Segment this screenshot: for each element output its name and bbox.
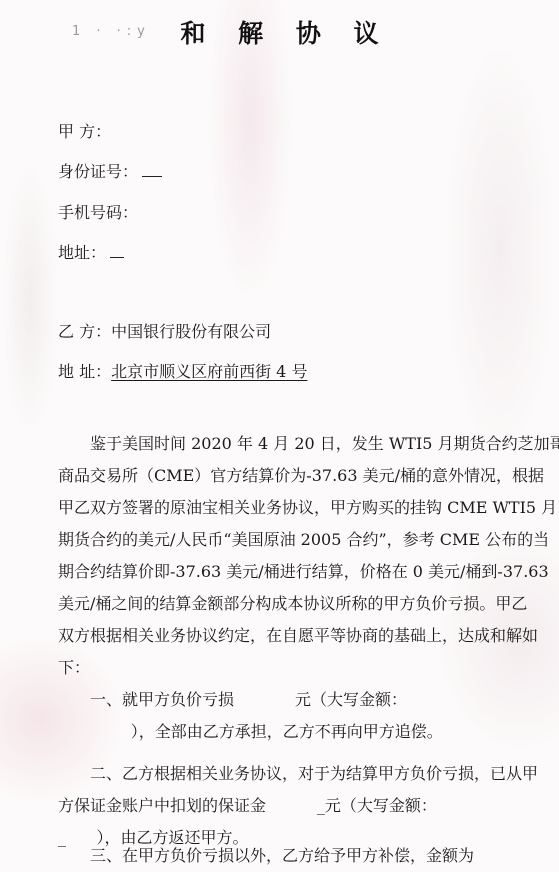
- preamble-line: 鉴于美国时间 2020 年 4 月 20 日，发生 WTI5 月期货合约芝加哥: [58, 428, 540, 460]
- party-b-label: 乙 方：: [58, 322, 111, 341]
- party-a-address-label: 地址：: [58, 243, 106, 262]
- party-a-phone-label: 手机号码：: [58, 203, 138, 222]
- clause-line: 一、就甲方负价亏损 元（大写金额：: [58, 684, 540, 716]
- clause-3: 三、在甲方负价亏损以外，乙方给予甲方补偿，金额为: [58, 840, 540, 872]
- document-title: 和 解 协 议: [0, 14, 559, 50]
- preamble-line: 甲乙双方签署的原油宝相关业务协议，甲方购买的挂钩 CME WTI5 月: [58, 492, 540, 524]
- party-b-address-label: 地 址：: [58, 362, 111, 381]
- clause-line: ），全部由乙方承担，乙方不再向甲方追偿。: [58, 716, 540, 748]
- party-a-address-blank: [110, 247, 124, 258]
- clause-1: 一、就甲方负价亏损 元（大写金额： ），全部由乙方承担，乙方不再向甲方追偿。: [58, 684, 540, 748]
- preamble-paragraph: 鉴于美国时间 2020 年 4 月 20 日，发生 WTI5 月期货合约芝加哥 …: [58, 428, 540, 684]
- party-b-address-field: 地 址：北京市顺义区府前西街 4 号: [58, 362, 307, 382]
- preamble-line: 期合约结算价即-37.63 美元/桶进行结算，价格在 0 美元/桶到-37.63: [58, 556, 540, 588]
- preamble-line: 美元/桶之间的结算金额部分构成本协议所称的甲方负价亏损。甲乙: [58, 588, 540, 620]
- clause-line: 方保证金账户中扣划的保证金 _元（大写金额：: [58, 790, 540, 822]
- party-a-phone-field: 手机号码：: [58, 203, 138, 223]
- party-a-id-field: 身份证号：: [58, 162, 162, 182]
- party-a-label-text: 甲 方：: [58, 122, 111, 141]
- party-a-label: 甲 方：: [58, 122, 111, 142]
- preamble-line: 双方根据相关业务协议约定，在自愿平等协商的基础上，达成和解如: [58, 620, 540, 652]
- clause-line: 三、在甲方负价亏损以外，乙方给予甲方补偿，金额为: [58, 840, 540, 872]
- party-b-address: 北京市顺义区府前西街 4 号: [111, 362, 307, 381]
- preamble-line: 下：: [58, 652, 540, 684]
- preamble-line: 期货合约的美元/人民币“美国原油 2005 合约”，参考 CME 公布的当: [58, 524, 540, 556]
- party-a-address-field: 地址：: [58, 243, 124, 263]
- party-a-id-label: 身份证号：: [58, 162, 138, 181]
- party-a-id-blank: [142, 166, 162, 177]
- party-b-name: 中国银行股份有限公司: [111, 322, 271, 341]
- party-b-field: 乙 方：中国银行股份有限公司: [58, 322, 271, 342]
- preamble-line: 商品交易所（CME）官方结算价为-37.63 美元/桶的意外情况，根据: [58, 460, 540, 492]
- clause-line: 二、乙方根据相关业务协议，对于为结算甲方负价亏损，已从甲: [58, 758, 540, 790]
